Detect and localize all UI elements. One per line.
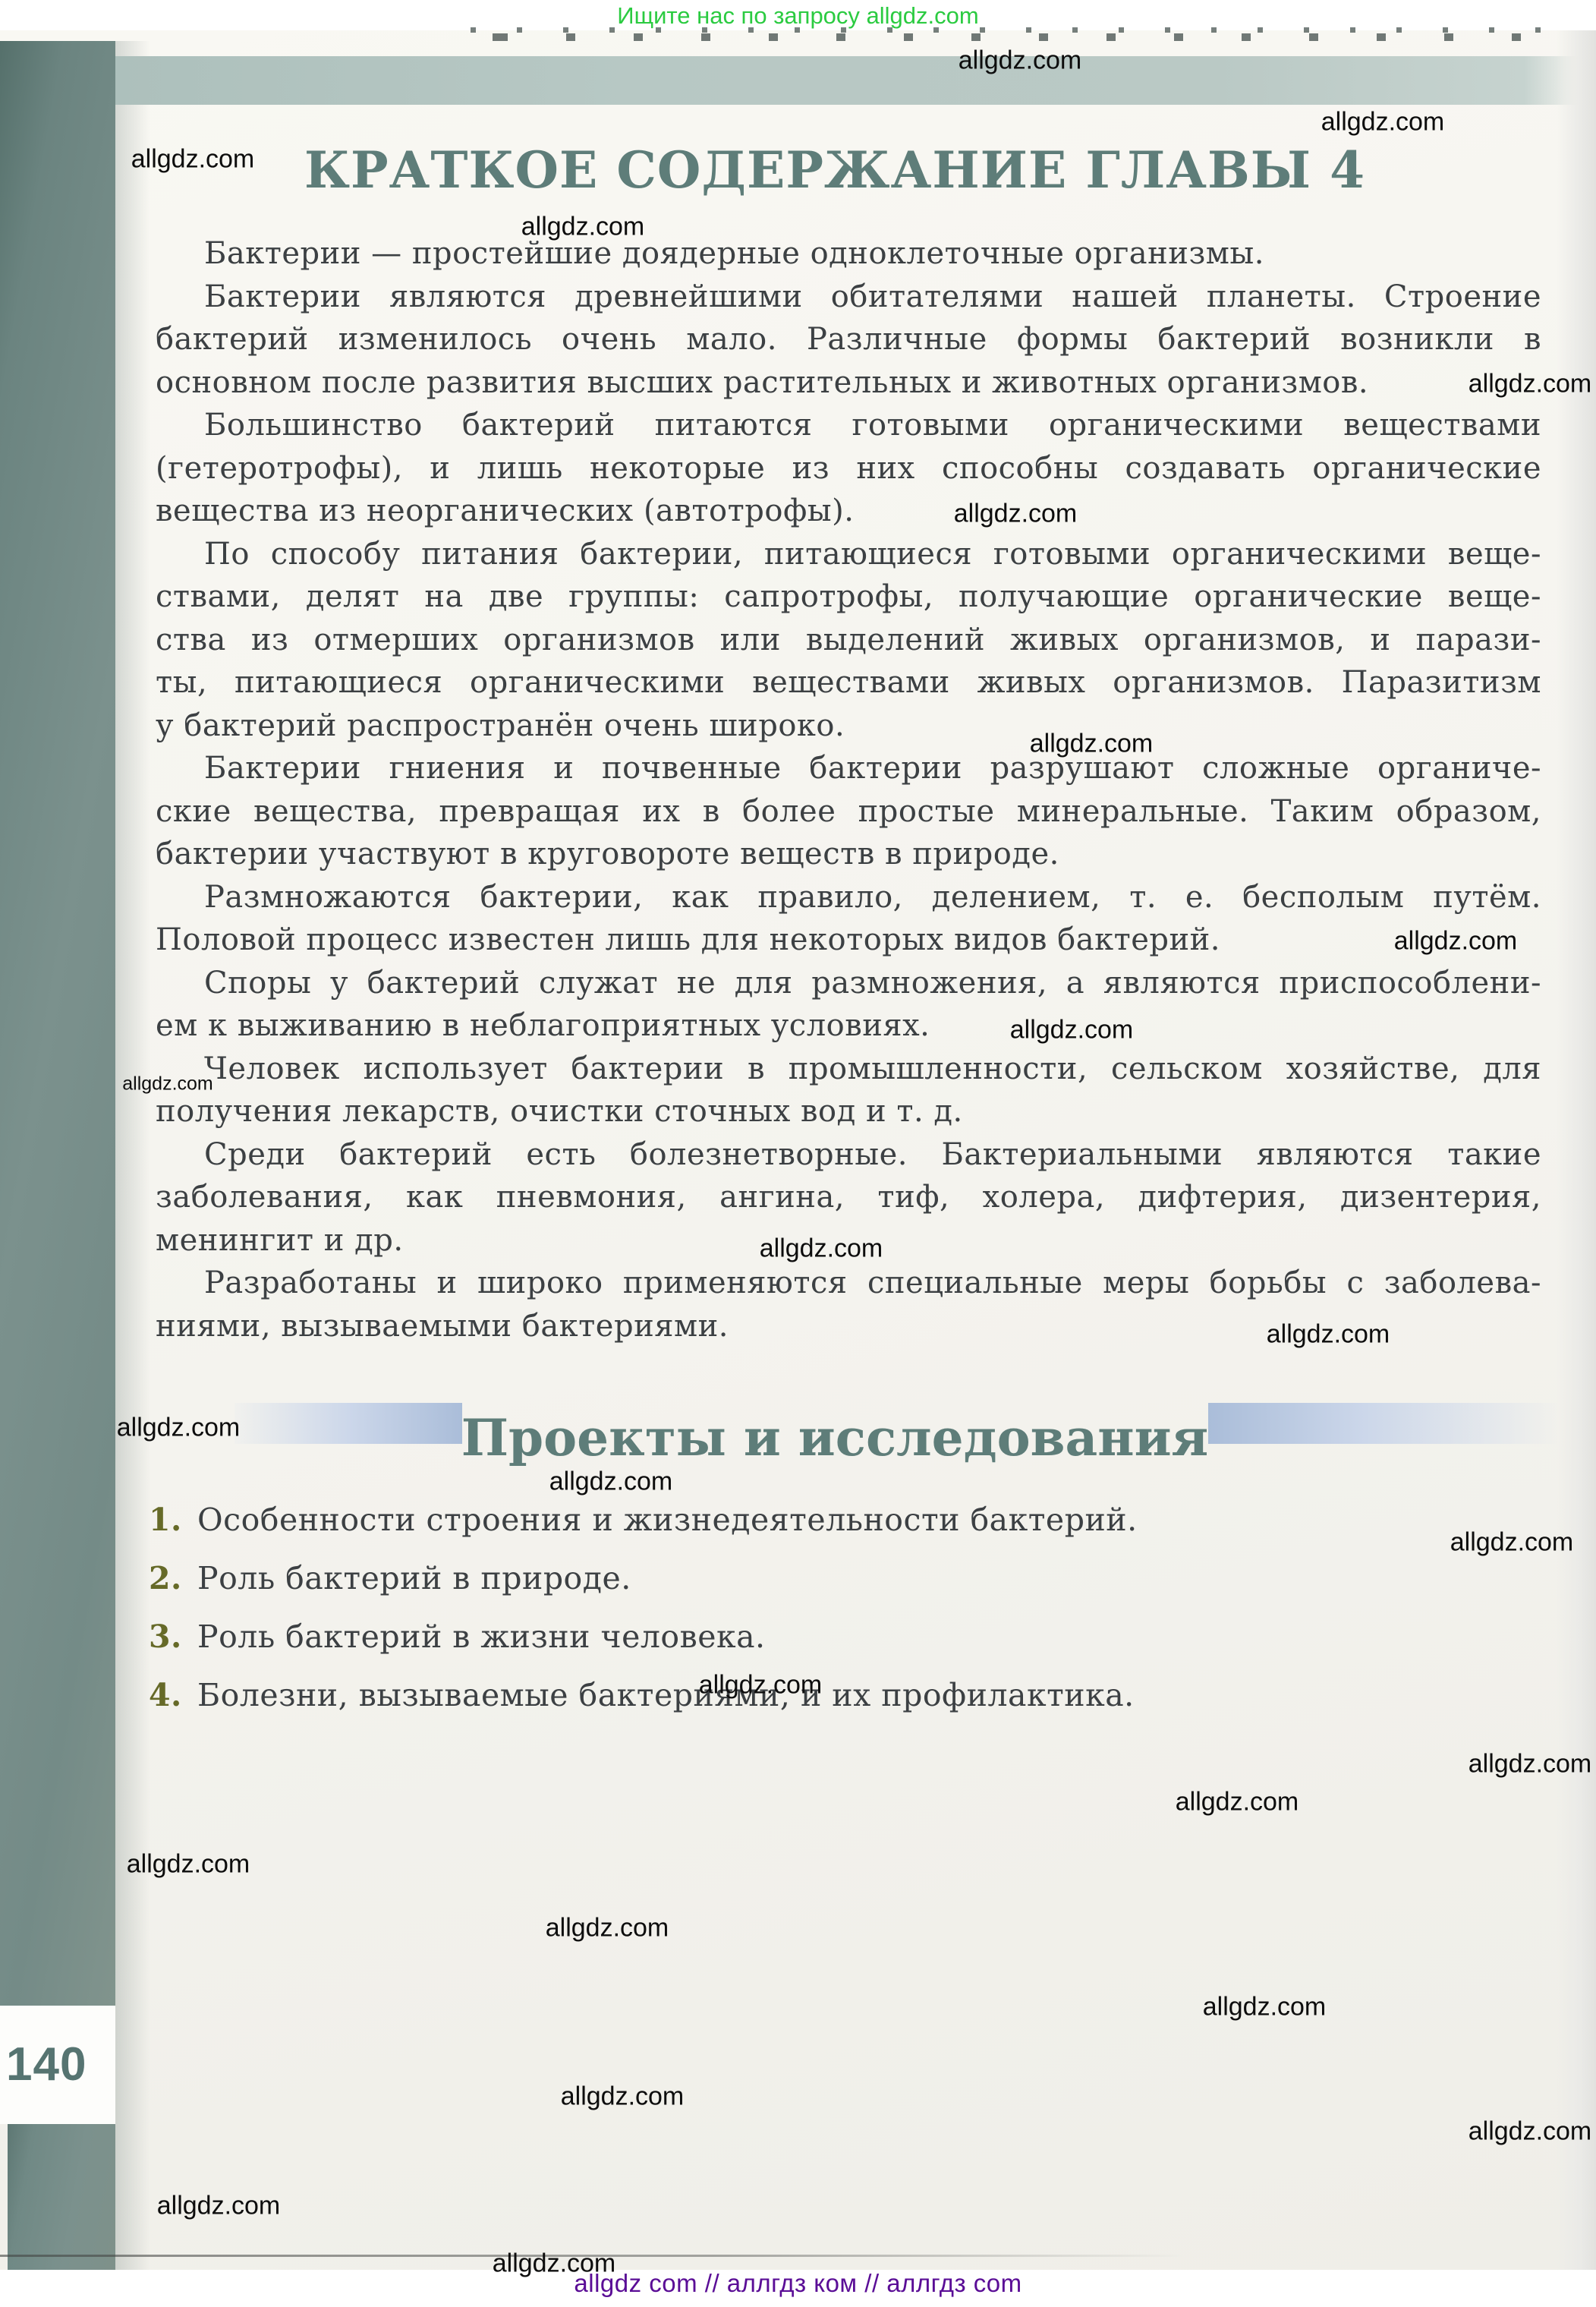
list-item-text: Роль бактерий в жизни человека. <box>197 1618 766 1655</box>
project-list-item: 4.Болезни, вызываемые бактериями, и их п… <box>149 1674 1542 1716</box>
paragraph-line: бактерий изменилось очень мало. Различны… <box>156 318 1541 361</box>
paragraph-line: ем к выживанию в неблагоприятных условия… <box>156 1004 1541 1048</box>
paragraph-line: Бактерии гниения и почвенные бактерии ра… <box>156 747 1541 790</box>
paragraph-line: у бактерий распространён очень широко. <box>156 704 1541 748</box>
paragraph-line: Разработаны и широко применяются специал… <box>156 1262 1541 1305</box>
page-edge-sidebar-lower <box>8 2124 115 2270</box>
page-number: 140 <box>6 2041 87 2089</box>
list-item-number: 1. <box>149 1499 197 1541</box>
projects-section-title: Проекты и исследования <box>115 1410 1554 1465</box>
page-edge-sidebar <box>0 41 115 2006</box>
project-list-item: 1.Особенности строения и жизнедеятельнос… <box>149 1499 1542 1541</box>
project-list-item: 2.Роль бактерий в природе. <box>149 1557 1542 1599</box>
project-list-item: 3.Роль бактерий в жизни человека. <box>149 1615 1542 1658</box>
page-number-notch: 140 <box>0 2006 115 2124</box>
textbook-page-screenshot: Ищите нас по запросу allgdz.com КРАТКОЕ … <box>0 0 1596 2307</box>
paragraph-line: менингит и др. <box>156 1219 1541 1262</box>
paragraph-line: ства из отмерших организмов или выделени… <box>156 619 1541 662</box>
list-item-text: Болезни, вызываемые бактериями, и их про… <box>197 1677 1135 1713</box>
paragraph-line: ниями, вызываемыми бактериями. <box>156 1305 1541 1348</box>
paragraph-line: основном после развития высших раститель… <box>156 361 1541 405</box>
paragraph-line: бактерии участвуют в круговороте веществ… <box>156 833 1541 876</box>
book-page-scan: КРАТКОЕ СОДЕРЖАНИЕ ГЛАВЫ 4 Бактерии — пр… <box>0 30 1596 2270</box>
paragraph-line: получения лекарств, очистки сточных вод … <box>156 1090 1541 1133</box>
header-bar <box>115 56 1583 105</box>
paragraph-line: Человек использует бактерии в промышленн… <box>156 1048 1541 1091</box>
torn-text-strip <box>471 24 1557 43</box>
paragraph-line: Половой процесс известен лишь для некото… <box>156 919 1541 962</box>
summary-paragraphs: Бактерии — простейшие доядерные одноклет… <box>156 232 1541 1347</box>
list-item-text: Роль бактерий в природе. <box>197 1560 631 1596</box>
paragraph-line: ствами, делят на две группы: сапротрофы,… <box>156 575 1541 619</box>
paragraph-line: ские вещества, превращая их в более прос… <box>156 790 1541 834</box>
chapter-summary-title: КРАТКОЕ СОДЕРЖАНИЕ ГЛАВЫ 4 <box>115 143 1554 197</box>
list-item-text: Особенности строения и жизнедеятельности… <box>197 1502 1138 1538</box>
paragraph-line: Размножаются бактерии, как правило, деле… <box>156 876 1541 919</box>
paragraph-line: (гетеротрофы), и лишь некоторые из них с… <box>156 447 1541 490</box>
paragraph-line: ты, питающиеся органическими веществами … <box>156 661 1541 704</box>
gutter-shadow <box>115 41 150 2270</box>
paragraph-line: вещества из неорганических (автотрофы). <box>156 490 1541 533</box>
list-item-number: 4. <box>149 1674 197 1716</box>
list-item-number: 3. <box>149 1615 197 1658</box>
projects-list: 1.Особенности строения и жизнедеятельнос… <box>149 1499 1542 1732</box>
paragraph-line: Бактерии являются древнейшими обитателям… <box>156 276 1541 319</box>
paragraph-line: Большинство бактерий питаются готовыми о… <box>156 404 1541 447</box>
paragraph-line: заболевания, как пневмония, ангина, тиф,… <box>156 1176 1541 1219</box>
paragraph-line: Бактерии — простейшие доядерные одноклет… <box>156 232 1541 276</box>
promo-bottom-line: allgdz com // аллгдз ком // аллгдз com <box>0 2268 1596 2299</box>
page-right-edge <box>1557 30 1596 2270</box>
paragraph-line: Споры у бактерий служат не для размножен… <box>156 962 1541 1005</box>
paragraph-line: По способу питания бактерии, питающиеся … <box>156 533 1541 576</box>
list-item-number: 2. <box>149 1557 197 1599</box>
paragraph-line: Среди бактерий есть болезнетворные. Бакт… <box>156 1133 1541 1177</box>
page-bottom-shadow <box>0 2255 1184 2257</box>
